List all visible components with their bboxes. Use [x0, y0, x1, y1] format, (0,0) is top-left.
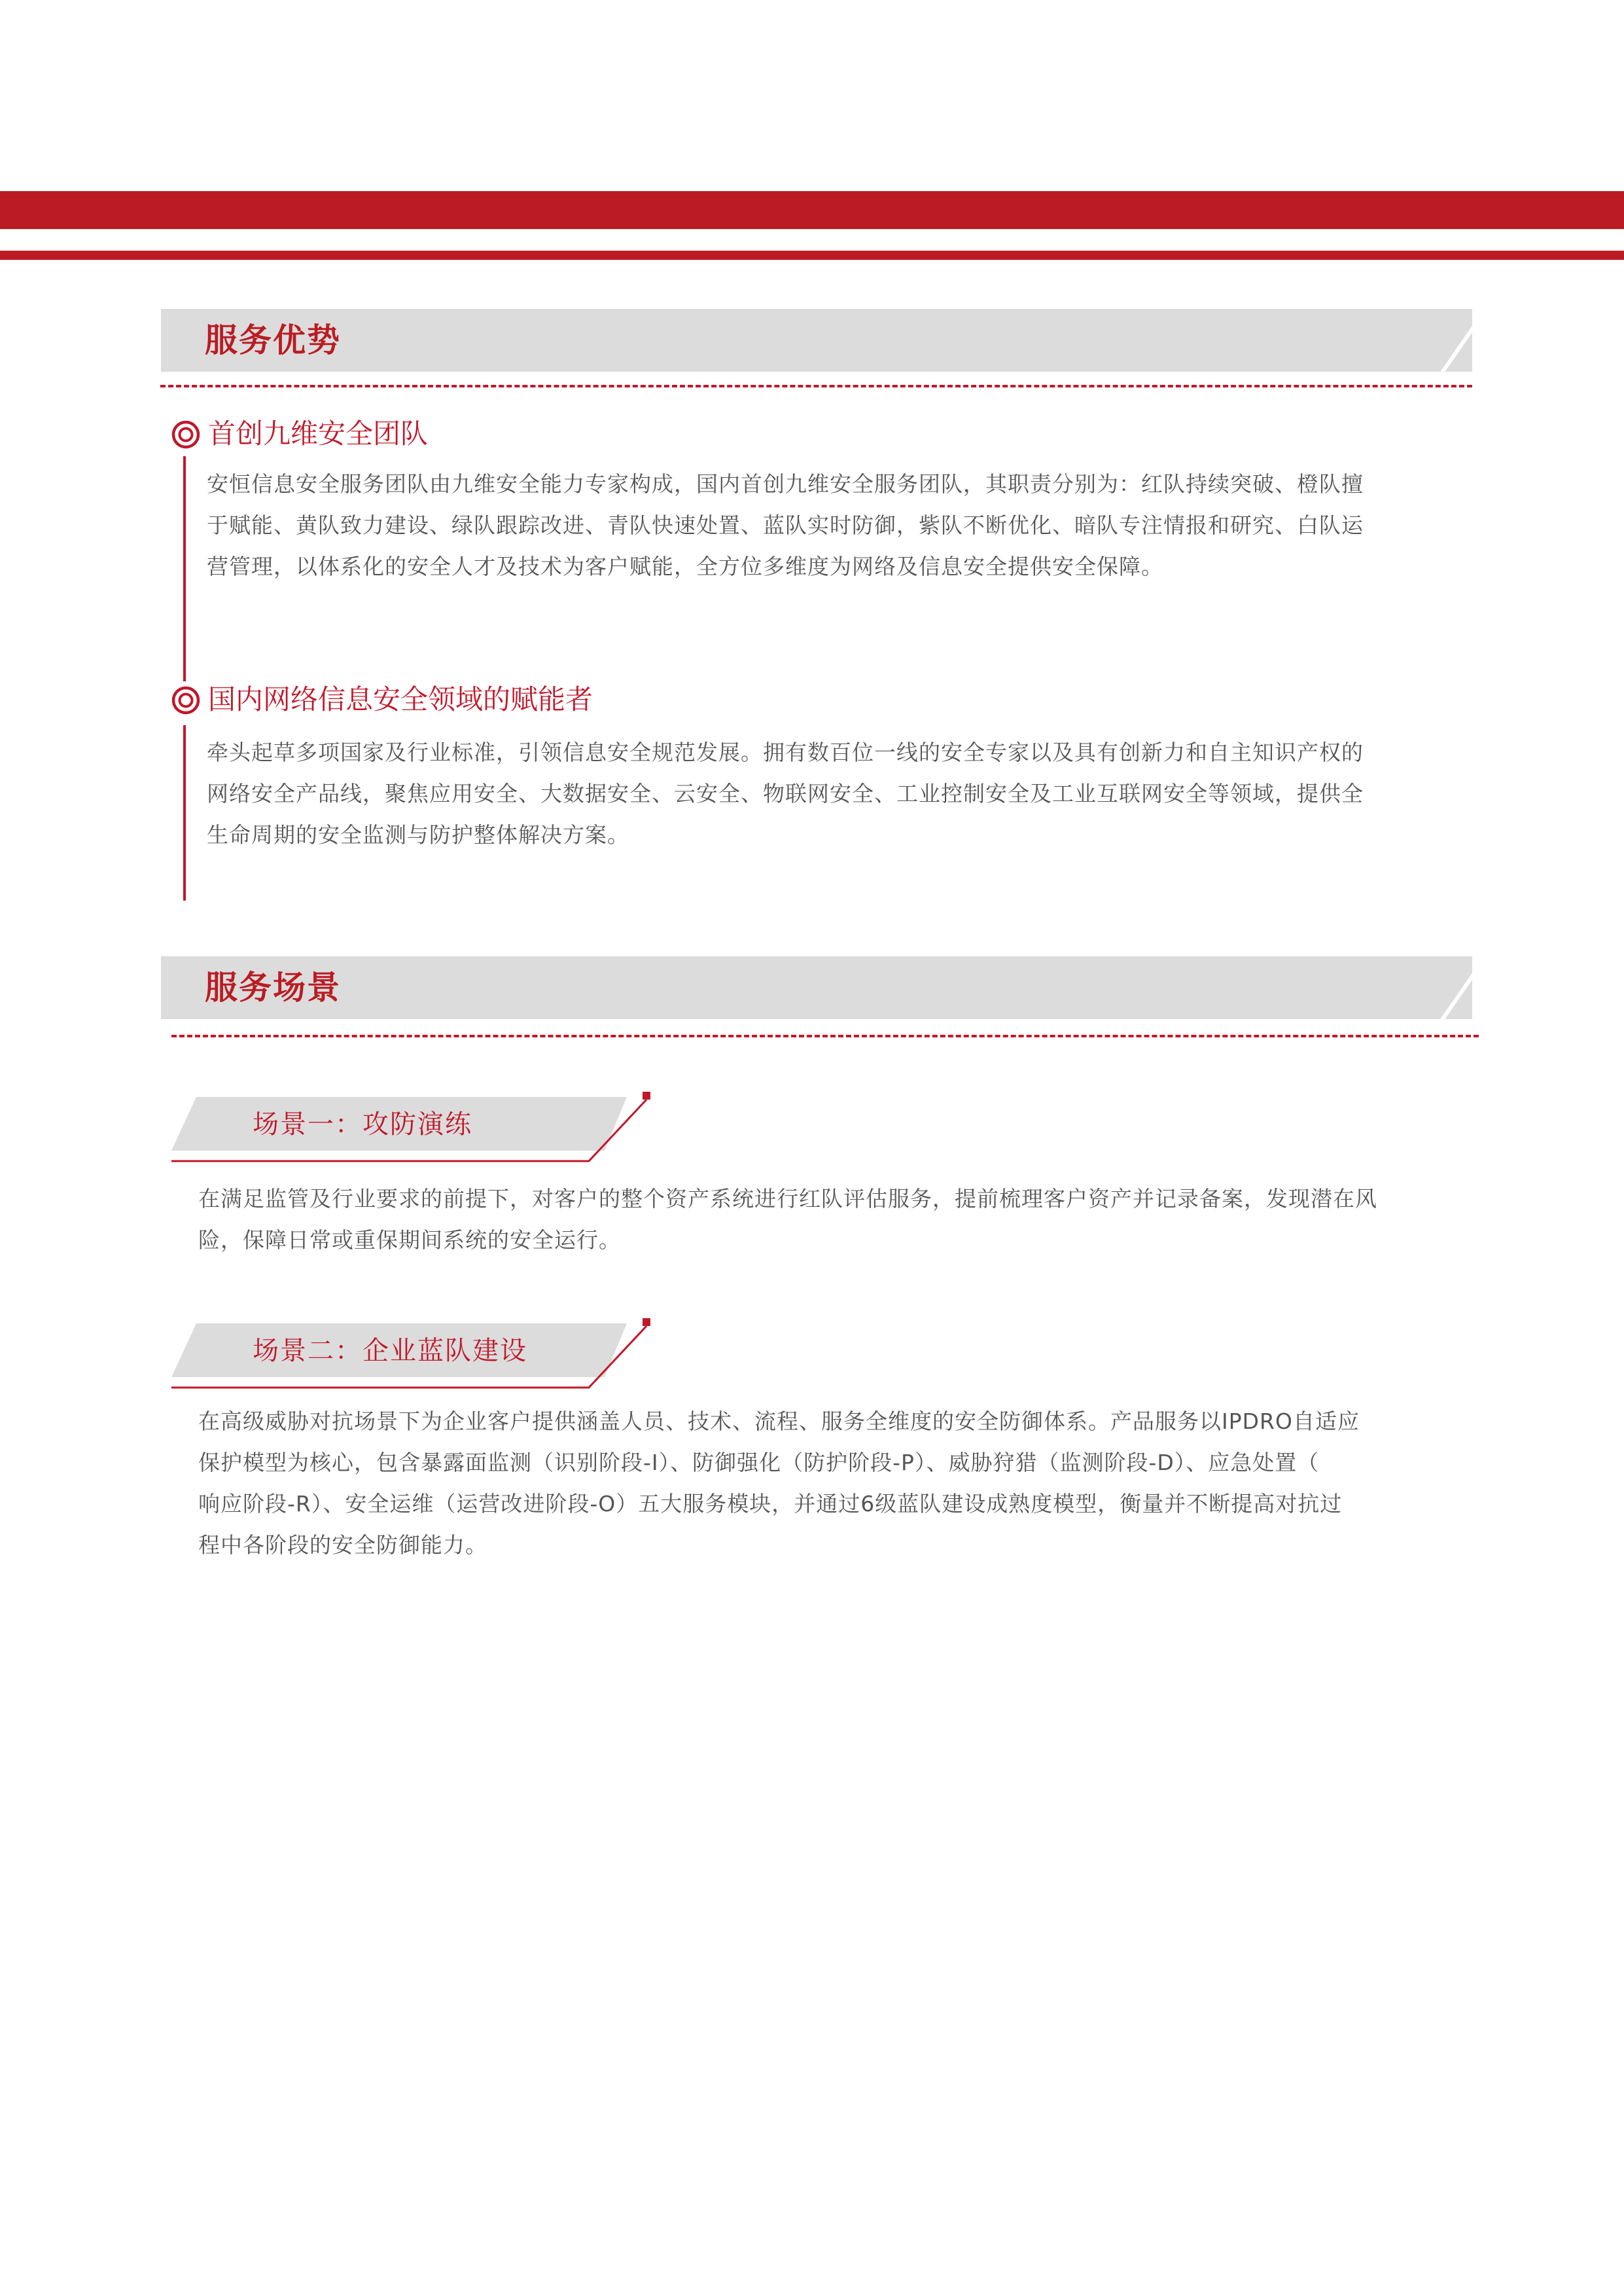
- vertical-accent-line: [183, 725, 186, 901]
- target-icon: [171, 686, 200, 715]
- top-red-band: [0, 191, 1624, 229]
- item-title: 首创九维安全团队: [208, 418, 428, 450]
- item-body: 安恒信息安全服务团队由九维安全能力专家构成，国内首创九维安全服务团队，其职责分别…: [207, 463, 1364, 587]
- text-line: 于赋能、黄队致力建设、绿队跟踪改进、青队快速处置、蓝队实时防御，紫队不断优化、暗…: [207, 505, 1364, 546]
- text-line: 在高级威胁对抗场景下为企业客户提供涵盖人员、技术、流程、服务全维度的安全防御体系…: [198, 1401, 1360, 1442]
- text-line: 生命周期的安全监测与防护整体解决方案。: [207, 814, 1364, 855]
- text-line: 安恒信息安全服务团队由九维安全能力专家构成，国内首创九维安全服务团队，其职责分别…: [207, 463, 1364, 505]
- item-body: 牵头起草多项国家及行业标准，引领信息安全规范发展。拥有数百位一线的安全专家以及具…: [207, 732, 1364, 855]
- section-title: 服务场景: [205, 968, 341, 1007]
- text-line: 程中各阶段的安全防御能力。: [198, 1524, 1360, 1566]
- top-red-stripe: [0, 251, 1624, 260]
- text-line: 网络安全产品线，聚焦应用安全、大数据安全、云安全、物联网安全、工业控制安全及工业…: [207, 773, 1364, 814]
- text-line: 险，保障日常或重保期间系统的安全运行。: [198, 1219, 1377, 1261]
- section-header-scenarios: 服务场景: [161, 956, 1472, 1019]
- text-line: 保护模型为核心，包含暴露面监测（识别阶段-I）、防御强化（防护阶段-P）、威胁狩…: [198, 1442, 1360, 1483]
- section-title: 服务优势: [205, 321, 341, 360]
- scenario-body: 在高级威胁对抗场景下为企业客户提供涵盖人员、技术、流程、服务全维度的安全防御体系…: [198, 1401, 1360, 1566]
- text-line: 响应阶段-R）、安全运维（运营改进阶段-O）五大服务模块，并通过6级蓝队建设成熟…: [198, 1483, 1360, 1524]
- text-line: 营管理，以体系化的安全人才及技术为客户赋能，全方位多维度为网络及信息安全提供安全…: [207, 546, 1364, 587]
- dashed-divider: [171, 1035, 1479, 1037]
- target-icon: [171, 420, 200, 449]
- scenario-tag: 场景二：企业蓝队建设: [169, 1318, 660, 1390]
- text-line: 牵头起草多项国家及行业标准，引领信息安全规范发展。拥有数百位一线的安全专家以及具…: [207, 732, 1364, 773]
- slash-decoration-icon: [1433, 309, 1472, 372]
- item-title: 国内网络信息安全领域的赋能者: [208, 683, 593, 716]
- scenario-label: 场景二：企业蓝队建设: [253, 1335, 527, 1367]
- text-line: 在满足监管及行业要求的前提下，对客户的整个资产系统进行红队评估服务，提前梳理客户…: [198, 1178, 1377, 1219]
- scenario-body: 在满足监管及行业要求的前提下，对客户的整个资产系统进行红队评估服务，提前梳理客户…: [198, 1178, 1377, 1261]
- scenario-label: 场景一：攻防演练: [253, 1108, 472, 1141]
- section-header-advantages: 服务优势: [161, 309, 1472, 372]
- slash-decoration-icon: [1433, 956, 1472, 1019]
- vertical-accent-line: [183, 456, 186, 681]
- dashed-divider: [160, 385, 1472, 387]
- scenario-tag: 场景一：攻防演练: [169, 1092, 660, 1164]
